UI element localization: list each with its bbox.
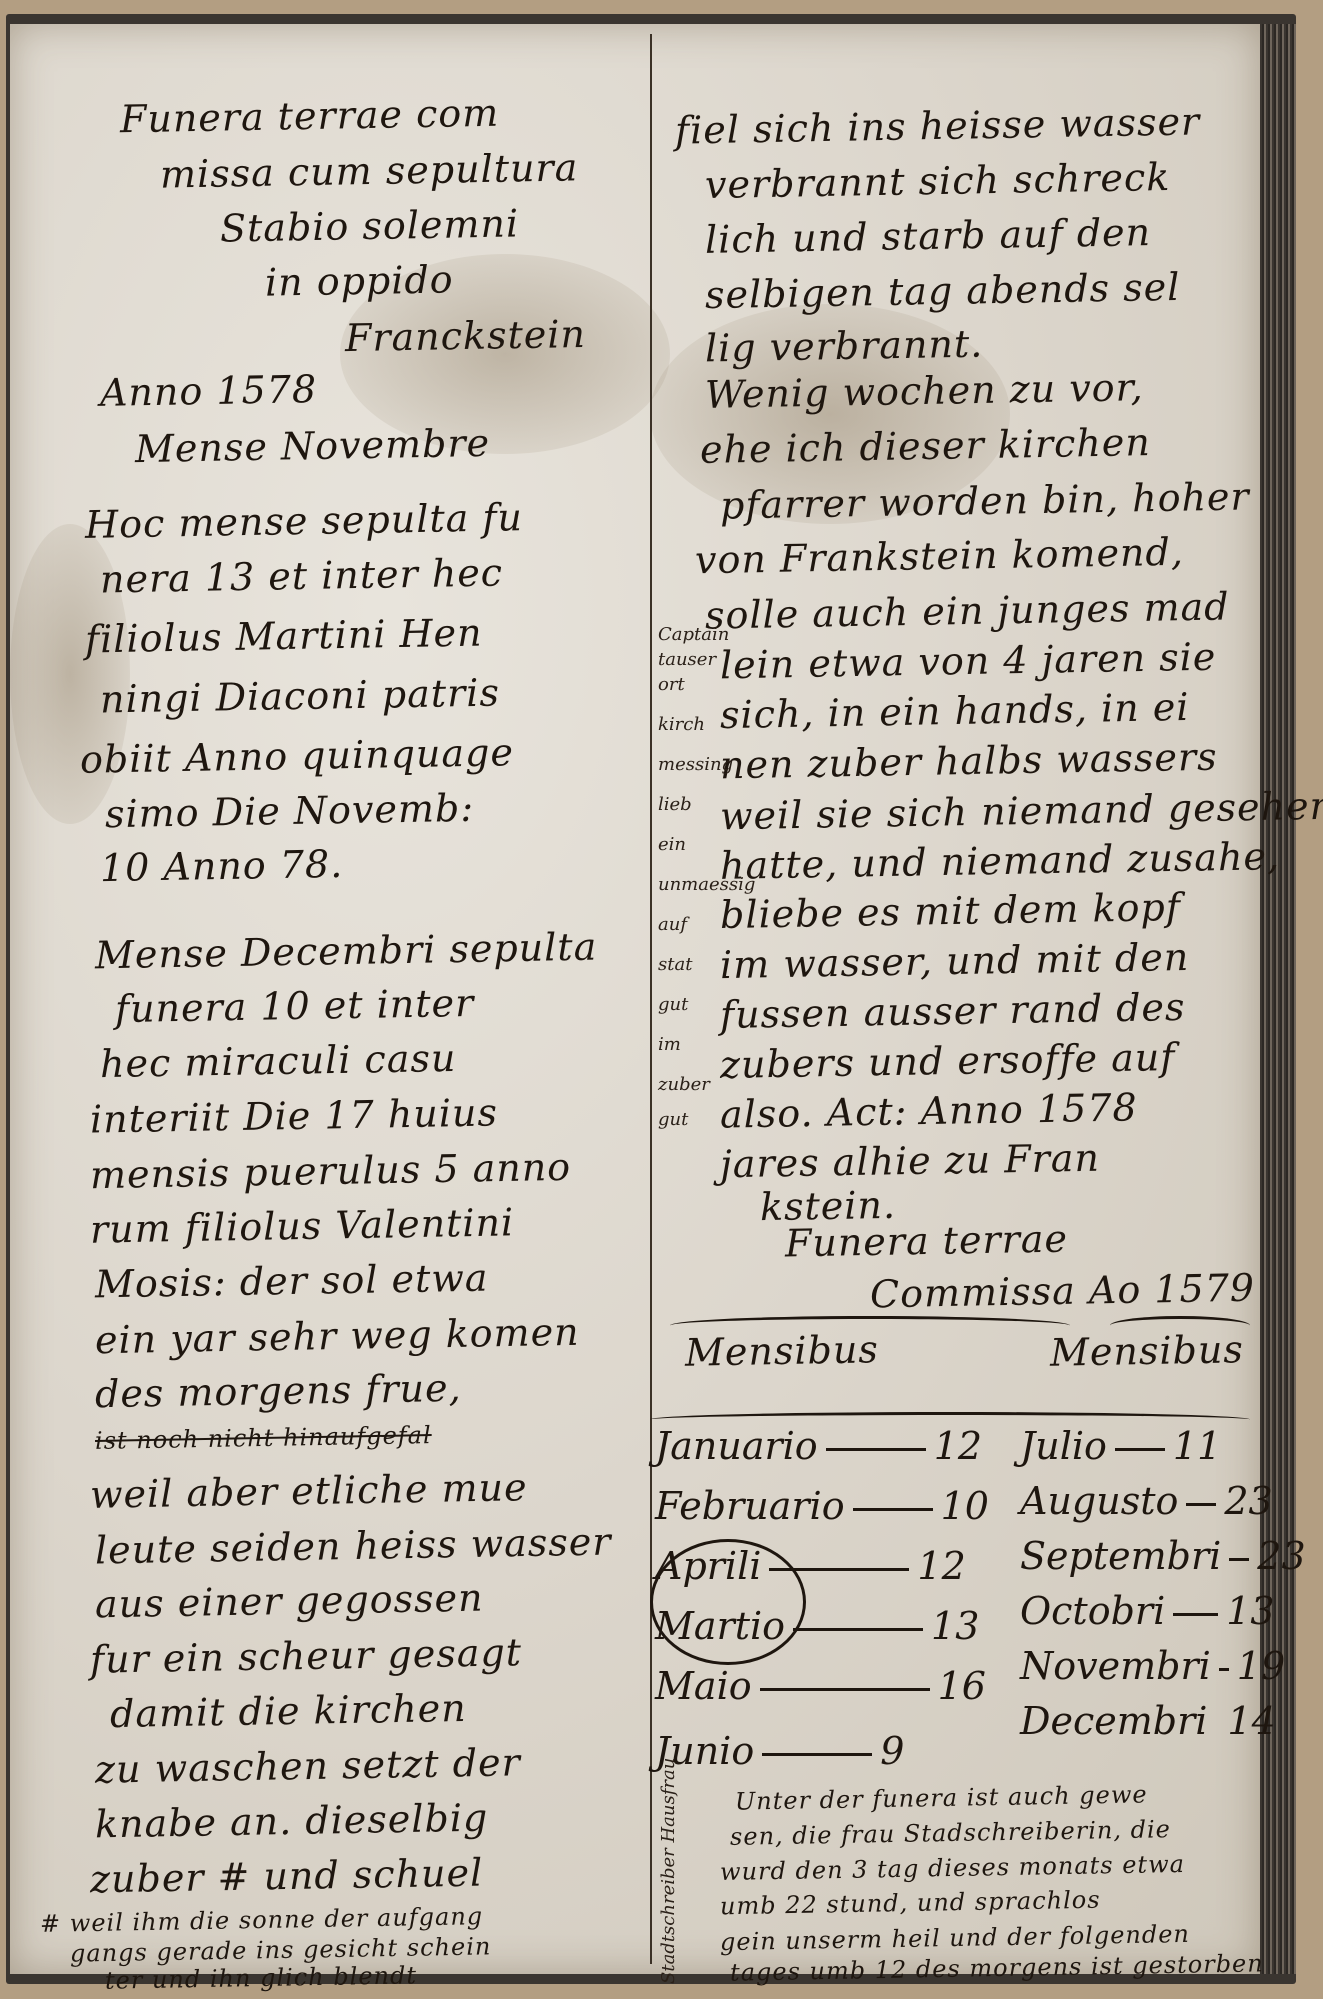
entry-line: 10 Anno 78. (100, 842, 344, 890)
entry-line: obiit Anno quinquage (80, 730, 515, 782)
paragraph-line: Wenig wochen zu vor, (705, 365, 1144, 417)
entry-line: filiolus Martini Hen (85, 611, 483, 662)
margin-note: tauser (658, 649, 716, 670)
month-name: Februario (655, 1484, 845, 1528)
continuation-line: lig verbrannt. (705, 322, 984, 371)
table-row: Junio9 (655, 1729, 904, 1773)
paragraph-line: sich, in ein hands, in ei (720, 685, 1190, 737)
december-line: hec miraculi casu (100, 1036, 457, 1086)
paragraph-line: fussen ausser rand des (720, 985, 1186, 1037)
december-line: mensis puerulus 5 anno (90, 1145, 572, 1197)
paragraph-line: hatte, und niemand zusahe, (720, 834, 1281, 888)
december-line: ein yar sehr weg komen (95, 1310, 580, 1362)
december-line: funera 10 et inter (115, 981, 475, 1031)
december-line: knabe an. dieselbig (95, 1796, 489, 1847)
continuation-line: verbrannt sich schreck (705, 155, 1171, 207)
month-name: Maio (655, 1664, 752, 1708)
paragraph-line: bliebe es mit dem kopf (720, 885, 1182, 937)
burial-count: 13 (931, 1604, 979, 1648)
december-line: Mosis: der sol etwa (95, 1256, 489, 1307)
month-name: Decembri (1020, 1699, 1207, 1743)
dash-line (826, 1448, 926, 1451)
footnote-line: gangs gerade ins gesicht schein (70, 1932, 492, 1967)
table-row: Decembri14 (1020, 1699, 1276, 1743)
heading-line: Stabio solemni (220, 201, 520, 250)
margin-note: unmaessig (658, 874, 755, 895)
continuation-line: selbigen tag abends sel (705, 265, 1181, 317)
burial-count: 12 (934, 1424, 982, 1468)
footnote-line: ter und ihn glich blendt (105, 1961, 417, 1994)
december-line: interiit Die 17 huius (90, 1090, 499, 1141)
month-name: Septembri (1020, 1534, 1221, 1578)
paragraph-line: ehe ich dieser kirchen (700, 420, 1151, 472)
table-row: Januario12 (655, 1424, 982, 1468)
month-name: Julio (1020, 1424, 1107, 1468)
paragraph-line: pfarrer worden bin, hoher (720, 474, 1250, 527)
burial-count: 14 (1227, 1699, 1275, 1743)
margin-note: ein (658, 834, 686, 855)
closing-line: gein unserm heil und der folgenden (720, 1920, 1190, 1956)
closing-line: umb 22 stund, und sprachlos (720, 1886, 1101, 1921)
dash-line (793, 1628, 923, 1631)
burial-count: 13 (1226, 1589, 1274, 1633)
dash-line (1229, 1558, 1249, 1561)
burial-count: 16 (938, 1664, 986, 1708)
paragraph-line: weil sie sich niemand gesehen (720, 784, 1323, 839)
entry-line: simo Die Novemb: (105, 786, 475, 836)
heading-line: Funera terrae com (120, 91, 500, 142)
table-row: Maio16 (655, 1664, 986, 1708)
year-line: Anno 1578 (100, 367, 318, 415)
left-column: Funera terrae com missa cum sepultura St… (10, 24, 650, 1974)
burial-count: 12 (917, 1544, 965, 1588)
december-line: fur ein scheur gesagt (90, 1630, 523, 1682)
month-name: Novembri (1020, 1644, 1211, 1688)
right-column: fiel sich ins heisse wasser verbrannt si… (650, 24, 1260, 1974)
margin-note: kirch (658, 714, 705, 735)
paragraph-line: zubers und ersoffe auf (720, 1035, 1176, 1087)
paragraph-line: nen zuber halbs wassers (720, 735, 1218, 788)
vertical-margin-note: Stadtschreiber Hausfrau (658, 1758, 679, 1984)
dash-line (760, 1688, 930, 1691)
month-name: Januario (655, 1424, 818, 1468)
december-line: zu waschen setzt der (95, 1740, 521, 1791)
table-header-left: Mensibus (685, 1327, 880, 1374)
table-row: Septembri23 (1020, 1534, 1306, 1578)
margin-note: ort (658, 674, 685, 695)
struck-out-line: ist noch nicht hinaufgefal (95, 1421, 432, 1455)
burial-count: 23 (1224, 1479, 1272, 1523)
month-line: Mense Novembre (135, 421, 491, 471)
december-line: des morgens frue, (95, 1366, 462, 1416)
paragraph-line: im wasser, und mit den (720, 935, 1190, 987)
entry-line: ningi Diaconi patris (100, 671, 501, 722)
closing-line: wurd den 3 tag dieses monats etwa (720, 1850, 1185, 1886)
burial-count: 10 (941, 1484, 989, 1528)
dash-line (1173, 1613, 1218, 1616)
dash-line (853, 1508, 933, 1511)
december-line: weil aber etliche mue (90, 1465, 528, 1517)
heading-line: missa cum sepultura (160, 145, 579, 196)
scan-background: Funera terrae com missa cum sepultura St… (0, 0, 1323, 1999)
margin-note: gut (658, 1109, 688, 1130)
margin-note: im (658, 1034, 681, 1055)
december-line: aus einer gegossen (95, 1576, 484, 1627)
margin-note: lieb (658, 794, 692, 815)
table-header-right: Mensibus (1050, 1327, 1245, 1374)
paragraph-line: lein etwa von 4 jaren sie (720, 635, 1217, 688)
heading-1579-line: Commissa Ao 1579 (870, 1266, 1256, 1317)
paragraph-line: solle auch ein junges mad (705, 584, 1230, 637)
table-row: Julio11 (1020, 1424, 1221, 1468)
paragraph-line: also. Act: Anno 1578 (720, 1085, 1138, 1136)
continuation-line: lich und starb auf den (705, 210, 1152, 262)
margin-note: Captain (658, 624, 729, 645)
table-row: Octobri13 (1020, 1589, 1275, 1633)
burial-count: 23 (1257, 1534, 1305, 1578)
heading-line: in oppido (265, 257, 454, 304)
paragraph-line: jares alhie zu Fran (720, 1136, 1101, 1187)
month-name: Augusto (1020, 1479, 1178, 1523)
margin-note: zuber (658, 1074, 710, 1095)
circled-months-mark (650, 1539, 806, 1665)
burial-count: 9 (880, 1729, 904, 1773)
table-row: Augusto23 (1020, 1479, 1273, 1523)
heading-1579-line: Funera terrae (785, 1217, 1069, 1266)
margin-note: gut (658, 994, 688, 1015)
heading-line: Franckstein (345, 312, 587, 360)
entry-line: nera 13 et inter hec (100, 550, 504, 601)
december-line: Mense Decembri sepulta (95, 925, 598, 978)
month-name: Octobri (1020, 1589, 1165, 1633)
burial-count: 11 (1173, 1424, 1221, 1468)
closing-line: tages umb 12 des morgens ist gestorben (730, 1949, 1264, 1986)
dash-line (1115, 1448, 1165, 1451)
december-line: leute seiden heiss wasser (95, 1519, 612, 1572)
margin-note: messing (658, 754, 733, 775)
table-row: Februario10 (655, 1484, 989, 1528)
december-line: damit die kirchen (110, 1686, 467, 1736)
continuation-line: fiel sich ins heisse wasser (675, 99, 1201, 152)
december-line: zuber # und schuel (90, 1851, 484, 1902)
dash-line (762, 1753, 872, 1756)
margin-note: auf (658, 914, 687, 935)
table-row: Novembri19 (1020, 1644, 1285, 1688)
manuscript-page: Funera terrae com missa cum sepultura St… (10, 24, 1260, 1974)
burial-count: 19 (1237, 1644, 1285, 1688)
december-line: rum filiolus Valentini (90, 1200, 515, 1251)
paragraph-line: von Frankstein komend, (695, 530, 1185, 583)
dash-line (1186, 1503, 1216, 1506)
margin-note: stat (658, 954, 692, 975)
book-binding: Funera terrae com missa cum sepultura St… (6, 14, 1296, 1984)
footnote-line: # weil ihm die sonne der aufgang (40, 1902, 484, 1938)
entry-line: Hoc mense sepulta fu (85, 495, 524, 547)
closing-line: Unter der funera ist auch gewe (735, 1780, 1148, 1815)
dash-line (1219, 1668, 1229, 1671)
closing-line: sen, die frau Stadschreiberin, die (730, 1815, 1171, 1851)
